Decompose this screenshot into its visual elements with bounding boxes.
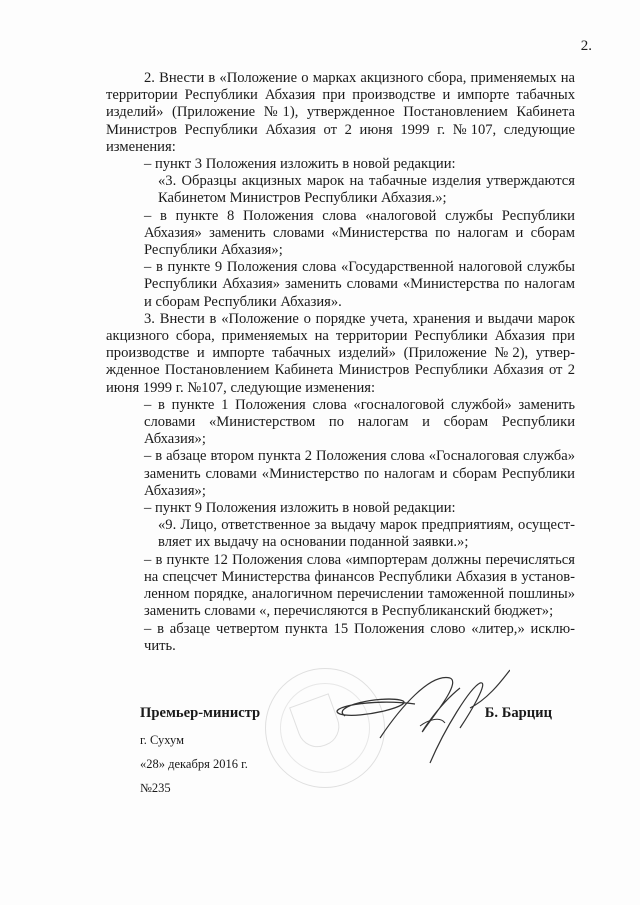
page-number: 2. [581,38,592,55]
paragraph-3-item: – в абзаце втором пункта 2 Положения сло… [144,448,575,500]
paragraph-3-quote: «9. Лицо, ответственное за выдачу марок … [158,517,575,551]
document-number: №235 [140,781,171,796]
paragraph-3-intro: 3. Внести в «Положение о порядке учета, … [106,311,575,397]
paragraph-2-item: – пункт 3 Положения изложить в новой ред… [144,156,575,173]
signatory-title: Премьер-министр [140,705,260,722]
document-body: 2. Внести в «Положение о марках акцизног… [106,70,575,655]
paragraph-3-item: – в пункте 12 Положения слова «импортера… [144,552,575,621]
paragraph-3-item: – в абзаце четвертом пункта 15 Положения… [144,621,575,655]
signatory-name: Б. Барциц [485,705,552,722]
paragraph-2-quote: «3. Образцы акцизных марок на табачные и… [158,173,575,207]
paragraph-3-item: – в пункте 1 Положения слова «госналогов… [144,397,575,449]
date: «28» декабря 2016 г. [140,757,248,772]
paragraph-2-item: – в пункте 8 Положения слова «налоговой … [144,208,575,260]
paragraph-2-intro: 2. Внести в «Положение о марках акцизног… [106,70,575,156]
paragraph-3-item: – пункт 9 Положения изложить в новой ред… [144,500,575,517]
signature-icon [320,668,510,778]
paragraph-2-item: – в пункте 9 Положения слова «Государств… [144,259,575,311]
city: г. Сухум [140,733,184,748]
